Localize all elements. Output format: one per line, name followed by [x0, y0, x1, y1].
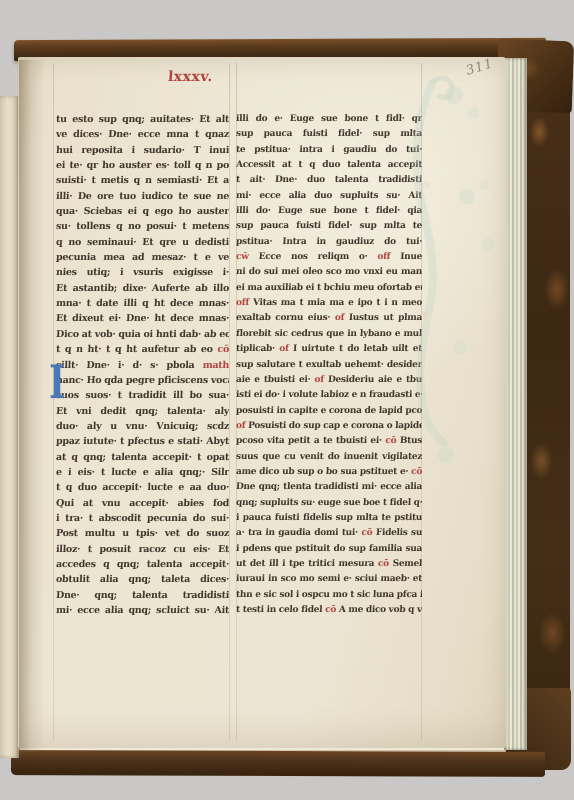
manuscript-line: Dne· qnq; talenta tradidisti [56, 588, 229, 603]
manuscript-line: Post multu u tpis· vet do suoz [56, 526, 229, 541]
manuscript-line: su· tollens q no posui· t metens [56, 219, 229, 234]
manuscript-line: suisti· t metis q n semiasti· Et a [56, 173, 229, 188]
text-column-left: tu esto sup qnq; auitates· Et altve dice… [56, 112, 229, 624]
manuscript-line: pecunia mea ad mesaz· t e ve [56, 250, 229, 265]
manuscript-line: ppaz iutute· t pfectus e stati· Abyt [56, 434, 229, 449]
manuscript-line: Et dixeut ei· Dne· ht dece mnas· [56, 311, 229, 326]
manuscript-line: hanc· Ho qda pegre pficiscens vocau [56, 373, 229, 388]
manuscript-line: qnq; supluits su· euge sue boe t fidel q… [236, 496, 422, 511]
ruling-line [229, 63, 230, 741]
manuscript-line: mi· ecce alia qnq; scluict su· Ait [56, 603, 229, 618]
manuscript-line: obtulit alia qnq; taleta dices· [56, 572, 229, 587]
manuscript-line: e i eis· t lucte e alia qnq;· Silr [56, 465, 229, 480]
folio-header: lxxxv. [167, 69, 248, 85]
manuscript-line: q no seminaui· Et qre u dedisti [56, 235, 229, 250]
margin-flourish [394, 65, 504, 465]
manuscript-line: thn e sic sol i ospcu mo t sic luna pfca… [236, 588, 422, 603]
manuscript-line: i pdens que pstituit do sup familia sua [236, 542, 422, 557]
manuscript-line: tu esto sup qnq; auitates· Et alt [56, 112, 229, 127]
manuscript-line: i pauca fuisti fidelis sup mlta te pstit… [236, 511, 422, 526]
manuscript-line: illoz· t posuit racoz cu eis· Et [56, 542, 229, 557]
manuscript-page: lxxxv. tu esto sup qnq; auitates· Et alt… [18, 57, 506, 748]
manuscript-line: hui reposita i sudario· T inui [56, 143, 229, 158]
manuscript-line: Et astantib; dixe· Auferte ab illo [56, 281, 229, 296]
manuscript-line: i tra· t abscodit pecunia do sui· [56, 511, 229, 526]
manuscript-line: Dico at vob· quia oi hnti dab· ab eo [56, 327, 229, 342]
facing-page-edge [0, 96, 19, 758]
manuscript-line: t testi in celo fidel cō A me dico vob q… [236, 603, 422, 618]
leather-cover-bottom-edge [11, 750, 545, 777]
manuscript-line: t q n ht· t q ht aufetur ab eo cō [56, 342, 229, 357]
manuscript-line: at q qnq; talenta accepit· t opat [56, 450, 229, 465]
manuscript-line: suos suos· t tradidit ill bo sua· [56, 388, 229, 403]
manuscript-line: ame dico ub sup o bo sua pstituet e· cō [236, 465, 422, 480]
manuscript-line: duo· aly u vnu· Vnicuiq; scdz [56, 419, 229, 434]
manuscript-line: mna· t date illi q ht dece mnas· [56, 296, 229, 311]
manuscript-line: illi· De ore tuo iudico te sue ne [56, 189, 229, 204]
manuscript-line: a· tra in gaudia domi tui· cō Fidelis su [236, 526, 422, 541]
manuscript-line: Et vni dedit qnq; talenta· aly [56, 404, 229, 419]
manuscript-line: accedes q qnq; talenta accepit· [56, 557, 229, 572]
manuscript-line: nies utiq; i vsuris exigisse i· [56, 265, 229, 280]
book-photo: lxxxv. tu esto sup qnq; auitates· Et alt… [0, 0, 574, 800]
manuscript-line: ut det ill i tpe tritici mesura cō Semel [236, 557, 422, 572]
manuscript-line: Qui at vnu accepit· abies fod [56, 496, 229, 511]
page-edges-stack [504, 58, 527, 750]
manuscript-line: sillt· Dne· i· d· s· pbola math [56, 358, 229, 373]
manuscript-line: qua· Sciebas ei q ego ho auster [56, 204, 229, 219]
leather-cover-right [526, 46, 570, 762]
manuscript-line: t q duo accepit· lucte e aa duo· [56, 480, 229, 495]
illuminated-initial: I [49, 360, 61, 406]
manuscript-line: ei te· qr ho auster es· toll q n po [56, 158, 229, 173]
manuscript-line: Dne qnq; tlenta tradidisti mi· ecce alia [236, 480, 422, 495]
manuscript-line: ve dices· Dne· ecce mna t qnaz [56, 127, 229, 142]
manuscript-line: iuraui in sco mo semi e· sciui maeb· et [236, 572, 422, 587]
